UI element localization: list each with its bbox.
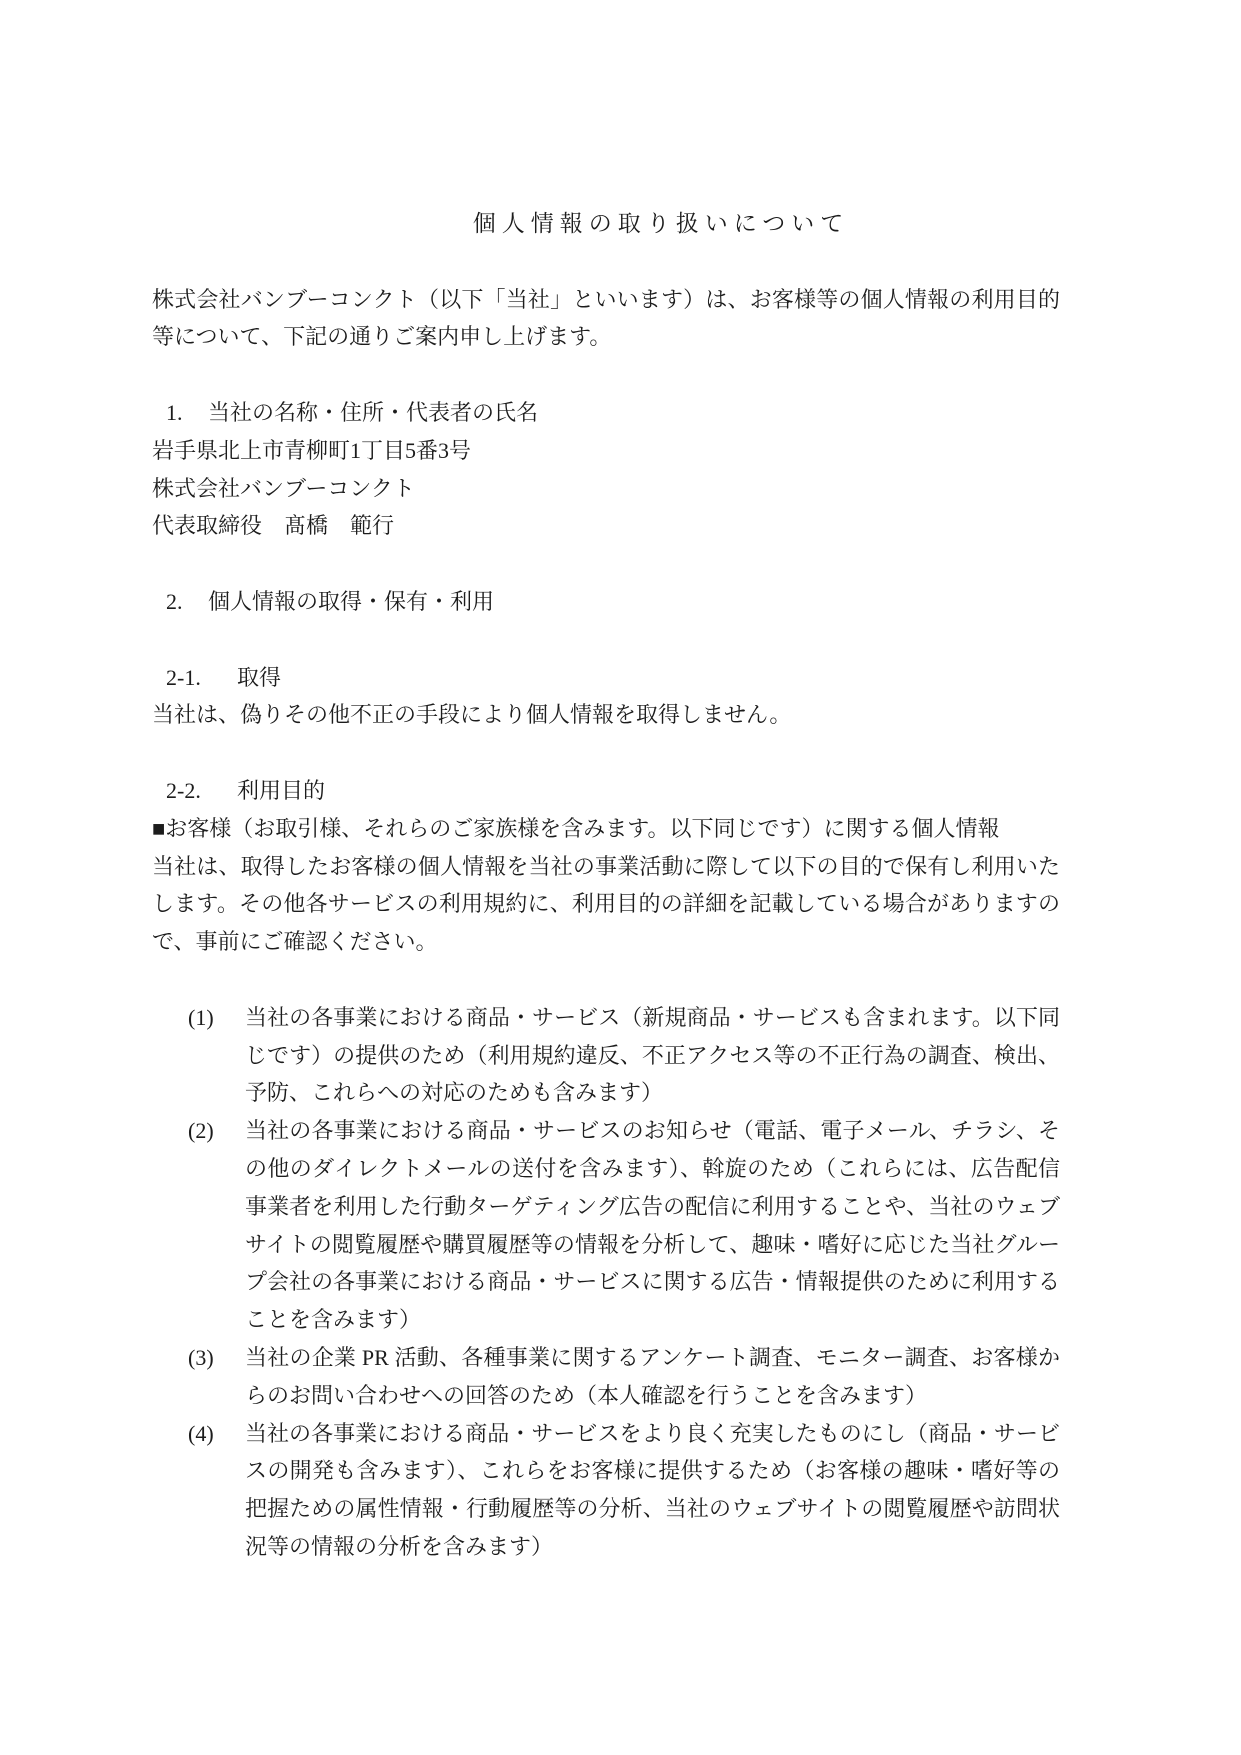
section-2-2-heading: 2-2. 利用目的	[152, 772, 1060, 810]
purpose-item-3-text: 当社の企業 PR 活動、各種事業に関するアンケート調査、モニター調査、お客様から…	[245, 1339, 1060, 1415]
section-2-2-number: 2-2.	[166, 772, 201, 810]
section-2-2-body: 当社は、取得したお客様の個人情報を当社の事業活動に際して以下の目的で保有し利用い…	[152, 848, 1060, 961]
section-2-1-heading: 2-1. 取得	[152, 659, 1060, 697]
spacer	[152, 356, 1060, 394]
spacer	[152, 545, 1060, 583]
section-2-1-title: 取得	[237, 665, 281, 690]
document-content: 個人情報の取り扱いについて 株式会社バンブーコンクト（以下「当社」といいます）は…	[152, 205, 1060, 1566]
section-1-heading: 1. 当社の名称・住所・代表者の氏名	[152, 394, 1060, 432]
company-representative: 代表取締役 髙橋 範行	[152, 507, 1060, 545]
spacer	[152, 734, 1060, 772]
purpose-item-4: (4) 当社の各事業における商品・サービスをより良く充実したものにし（商品・サー…	[152, 1415, 1060, 1566]
customer-info-bullet-line: ■お客様（お取引様、それらのご家族様を含みます。以下同じです）に関する個人情報	[152, 810, 1060, 848]
purpose-item-2-text: 当社の各事業における商品・サービスのお知らせ（電話、電子メール、チラシ、その他の…	[245, 1112, 1060, 1339]
purpose-item-2-marker: (2)	[188, 1112, 214, 1150]
spacer	[152, 961, 1060, 999]
purpose-item-3-marker: (3)	[188, 1339, 214, 1377]
document-title: 個人情報の取り扱いについて	[207, 205, 1115, 243]
spacer	[152, 243, 1060, 281]
purpose-item-3: (3) 当社の企業 PR 活動、各種事業に関するアンケート調査、モニター調査、お…	[152, 1339, 1060, 1415]
purpose-item-1-text: 当社の各事業における商品・サービス（新規商品・サービスも含まれます。以下同じです…	[245, 999, 1060, 1112]
purpose-item-1: (1) 当社の各事業における商品・サービス（新規商品・サービスも含まれます。以下…	[152, 999, 1060, 1112]
company-address: 岩手県北上市青柳町1丁目5番3号	[152, 432, 1060, 470]
spacer	[152, 621, 1060, 659]
section-2-number: 2.	[166, 583, 183, 621]
section-2-2-title: 利用目的	[237, 778, 325, 803]
company-name: 株式会社バンブーコンクト	[152, 470, 1060, 508]
section-2-1-number: 2-1.	[166, 659, 201, 697]
section-1-title: 当社の名称・住所・代表者の氏名	[208, 400, 538, 425]
document-page: 個人情報の取り扱いについて 株式会社バンブーコンクト（以下「当社」といいます）は…	[0, 0, 1060, 1566]
intro-paragraph: 株式会社バンブーコンクト（以下「当社」といいます）は、お客様等の個人情報の利用目…	[152, 281, 1060, 357]
section-2-1-body: 当社は、偽りその他不正の手段により個人情報を取得しません。	[152, 696, 1060, 734]
purpose-item-1-marker: (1)	[188, 999, 214, 1037]
purpose-item-4-text: 当社の各事業における商品・サービスをより良く充実したものにし（商品・サービスの開…	[245, 1415, 1060, 1566]
purpose-item-4-marker: (4)	[188, 1415, 214, 1453]
section-2-title: 個人情報の取得・保有・利用	[208, 589, 494, 614]
purpose-item-2: (2) 当社の各事業における商品・サービスのお知らせ（電話、電子メール、チラシ、…	[152, 1112, 1060, 1339]
section-1-number: 1.	[166, 394, 183, 432]
section-2-heading: 2. 個人情報の取得・保有・利用	[152, 583, 1060, 621]
